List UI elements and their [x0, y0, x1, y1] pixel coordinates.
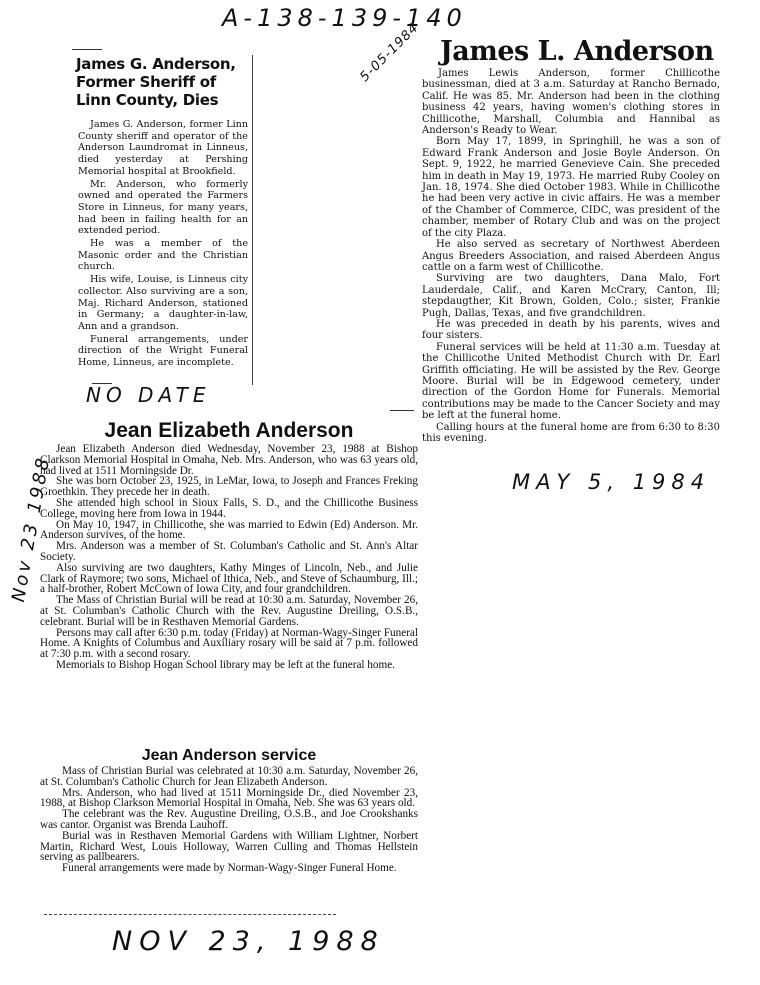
clipping-edge — [44, 914, 336, 915]
paragraph: Mr. Anderson, who formerly owned and ope… — [72, 179, 252, 238]
paragraph: Calling hours at the funeral home are fr… — [422, 422, 720, 445]
handwritten-reference-number: A-138-139-140 — [222, 4, 467, 32]
paragraph: Jean Elizabeth Anderson died Wednesday, … — [40, 444, 418, 476]
article-jean-anderson-service: Jean Anderson service Mass of Christian … — [40, 746, 418, 874]
headline: Jean Elizabeth Anderson — [40, 418, 418, 444]
handwritten-no-date-note: NO DATE — [86, 383, 211, 407]
paragraph: The celebrant was the Rev. Augustine Dre… — [40, 809, 418, 831]
paragraph: He also served as secretary of Northwest… — [422, 239, 720, 273]
handwritten-date: MAY 5, 1984 — [512, 470, 710, 494]
headline: James L. Anderson — [440, 36, 720, 68]
paragraph: He was a member of the Masonic order and… — [72, 238, 252, 273]
paragraph: Mrs. Anderson, who had lived at 1511 Mor… — [40, 788, 418, 810]
paragraph: Funeral services will be held at 11:30 a… — [422, 342, 720, 422]
paragraph: She was born October 23, 1925, in LeMar,… — [40, 476, 418, 498]
clipping-edge — [72, 49, 102, 50]
paragraph: James Lewis Anderson, former Chillicothe… — [422, 68, 720, 136]
paragraph: Also surviving are two daughters, Kathy … — [40, 563, 418, 595]
paragraph: He was preceded in death by his parents,… — [422, 319, 720, 342]
paragraph: Burial was in Resthaven Memorial Gardens… — [40, 831, 418, 863]
paragraph: Surviving are two daughters, Dana Malo, … — [422, 273, 720, 319]
article-jean-elizabeth-anderson: Jean Elizabeth Anderson Jean Elizabeth A… — [40, 418, 418, 671]
headline: Jean Anderson service — [40, 746, 418, 766]
paragraph: She attended high school in Sioux Falls,… — [40, 498, 418, 520]
paragraph: Memorials to Bishop Hogan School library… — [40, 660, 418, 671]
paragraph: Mass of Christian Burial was celebrated … — [40, 766, 418, 788]
handwritten-date: NOV 23, 1988 — [112, 926, 385, 957]
paragraph: Mrs. Anderson was a member of St. Columb… — [40, 541, 418, 563]
divider — [390, 410, 414, 411]
paragraph: The Mass of Christian Burial will be rea… — [40, 595, 418, 627]
paragraph: On May 10, 1947, in Chillicothe, she was… — [40, 520, 418, 542]
article-james-g-anderson: James G. Anderson, Former Sheriff of Lin… — [72, 55, 252, 369]
paragraph: Funeral arrangements, under direction of… — [72, 334, 252, 369]
paragraph: James G. Anderson, former Linn County sh… — [72, 119, 252, 178]
column-rule — [252, 55, 253, 385]
article-james-l-anderson: James L. Anderson James Lewis Anderson, … — [422, 36, 720, 444]
paragraph: Born May 17, 1899, in Springhill, he was… — [422, 136, 720, 239]
paragraph: Persons may call after 6:30 p.m. today (… — [40, 628, 418, 660]
paragraph: His wife, Louise, is Linneus city collec… — [72, 274, 252, 333]
paragraph: Funeral arrangements were made by Norman… — [40, 863, 418, 874]
headline: James G. Anderson, Former Sheriff of Lin… — [76, 55, 252, 109]
